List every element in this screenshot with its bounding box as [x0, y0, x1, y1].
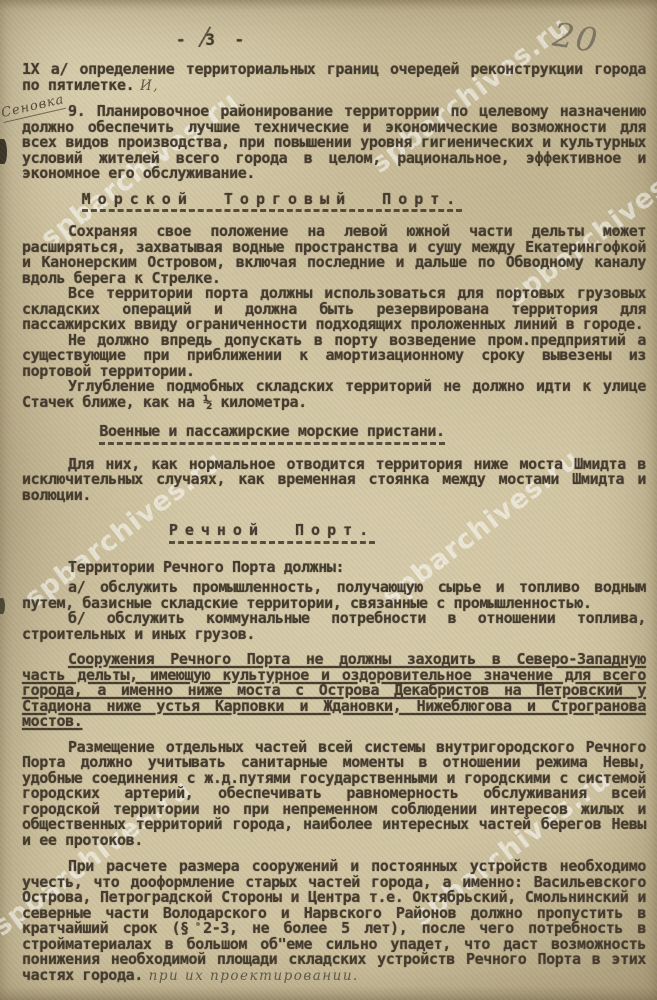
- paragraph-underlined-text: Сооружения Речного Порта не должны заход…: [22, 650, 646, 730]
- paragraph-text: Сохраняя свое положение на левой южной ч…: [22, 222, 646, 287]
- heading-sea-trade-port: Морской Торговый Порт.: [22, 192, 522, 213]
- paragraph-text: Размещение отдельных частей всей системы…: [22, 738, 646, 849]
- page-number-handwritten: 20: [550, 15, 602, 61]
- item-9-text: 9. Планировочное районирование территорр…: [22, 102, 646, 182]
- paragraph: Углубление подмобных складских территори…: [22, 379, 646, 410]
- paragraph-underlined: Сооружения Речного Порта не должны заход…: [22, 652, 646, 730]
- item-b-text: б/ обслужить коммунальные потребности в …: [22, 609, 646, 643]
- item-9: 9. Планировочное районирование территорр…: [22, 104, 646, 182]
- heading-sea-trade-port-text: Морской Торговый Порт.: [82, 192, 463, 213]
- heading-naval-passenger-piers: Военные и пассажирские морские пристани.: [22, 424, 522, 445]
- item-IX-a: 1Х а/ определение территориальных границ…: [22, 62, 646, 94]
- item-a: а/ обслужить промышленность, получающую …: [22, 580, 646, 611]
- item-b: б/ обслужить коммунальные потребности в …: [22, 611, 646, 642]
- page-number-typed: - 3 - /: [176, 30, 249, 49]
- paragraph-text: Для них, как нормальное отводится террит…: [22, 455, 646, 504]
- paragraph: При расчете размера сооружений и постоян…: [22, 859, 646, 984]
- paragraph: Размещение отдельных частей всей системы…: [22, 740, 646, 849]
- item-a-text: а/ обслужить промышленность, получающую …: [22, 578, 646, 612]
- heading-river-port: Речной Порт.: [22, 523, 522, 544]
- scan-artifact: [0, 598, 5, 614]
- paragraph: Для них, как нормальное отводится террит…: [22, 457, 646, 504]
- paragraph: Сохраняя свое положение на левой южной ч…: [22, 224, 646, 286]
- heading-river-port-text: Речной Порт.: [169, 523, 375, 544]
- heading-naval-passenger-piers-text: Военные и пассажирские морские пристани.: [99, 424, 444, 445]
- handwritten-slash-mark: /: [197, 21, 217, 54]
- paragraph-text: При расчете размера сооружений и постоян…: [22, 857, 646, 984]
- scanned-document-page: spbarchives.ru spbarchives.ru spbarchive…: [0, 0, 657, 1000]
- paragraph: Не должно впредь допускать в порту возве…: [22, 333, 646, 380]
- paragraph-text: Не должно впредь допускать в порту возве…: [22, 331, 646, 380]
- item-IX-a-text: 1Х а/ определение территориальных границ…: [22, 60, 646, 94]
- handwritten-annotation: И,: [134, 78, 159, 94]
- paragraph: Территории Речного Порта должны:: [22, 560, 646, 576]
- paragraph-text: Углубление подмобных складских территори…: [22, 377, 646, 411]
- paragraph-text: Все территории порта должны использовать…: [22, 284, 646, 333]
- paragraph-text: Территории Речного Порта должны:: [68, 558, 344, 576]
- paragraph: Все территории порта должны использовать…: [22, 286, 646, 333]
- handwritten-annotation: при их проектировании.: [143, 968, 359, 984]
- scan-artifact: [0, 139, 7, 164]
- document-body: 1Х а/ определение территориальных границ…: [22, 56, 646, 984]
